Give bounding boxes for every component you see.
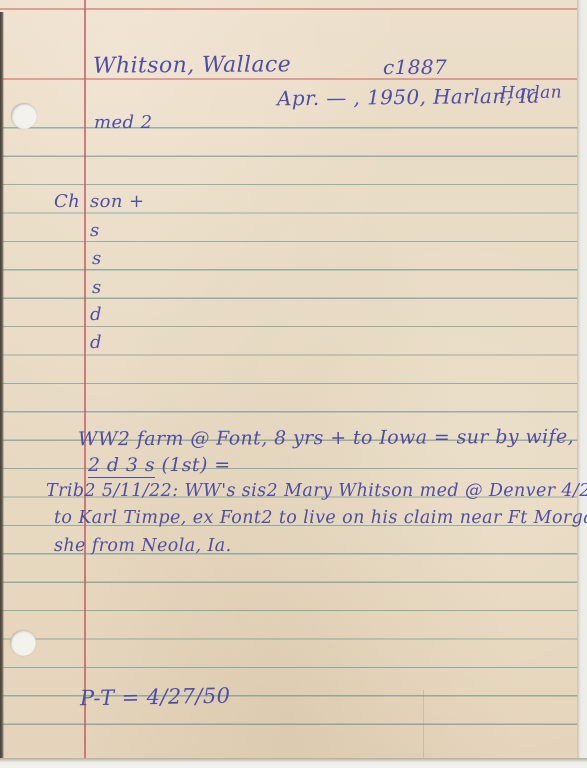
note-line-children-count: 2 d 3 s (1st) = [88, 456, 231, 475]
left-margin-line [84, 0, 86, 758]
note-line-farm: WW2 farm @ Font, 8 yrs + to Iowa = sur b… [78, 428, 574, 450]
ruled-lines [0, 100, 577, 746]
header-margin-line [0, 78, 587, 80]
child-entry: s [92, 279, 102, 297]
note-line-tribune-2: to Karl Timpe, ex Font2 to live on his c… [54, 510, 587, 528]
children-label: Ch [54, 193, 80, 211]
top-margin-line [0, 8, 587, 10]
name-heading: Whitson, Wallace [93, 54, 291, 77]
child-entry: d [90, 306, 102, 324]
paper-right-edge [577, 0, 587, 768]
punch-hole-bottom [10, 630, 36, 656]
children-header: son + [90, 193, 144, 211]
punch-hole-top [11, 103, 37, 129]
child-entry: d [90, 334, 102, 352]
children-count-rest: (1st) = [155, 454, 231, 476]
note-line-tribune-3: she from Neola, Ia. [54, 538, 232, 556]
birth-year: c1887 [383, 57, 447, 77]
children-count-underlined: 2 d 3 s [88, 454, 155, 478]
note-line-tribune-1: Trib2 5/11/22: WW's sis2 Mary Whitson me… [46, 483, 587, 501]
paper-bottom-edge [0, 758, 587, 768]
child-entry: s [92, 250, 102, 268]
scanned-note-page: Whitson, Wallace c1887 Apr. — , 1950, Ha… [0, 0, 587, 768]
ink-bleed-line [423, 690, 424, 758]
marriage-note: med 2 [94, 114, 152, 132]
paper-left-edge-shadow [0, 12, 4, 758]
death-place-repeat: Harlan [500, 84, 562, 102]
footer-date: P-T = 4/27/50 [80, 686, 231, 710]
child-entry: s [90, 222, 100, 240]
